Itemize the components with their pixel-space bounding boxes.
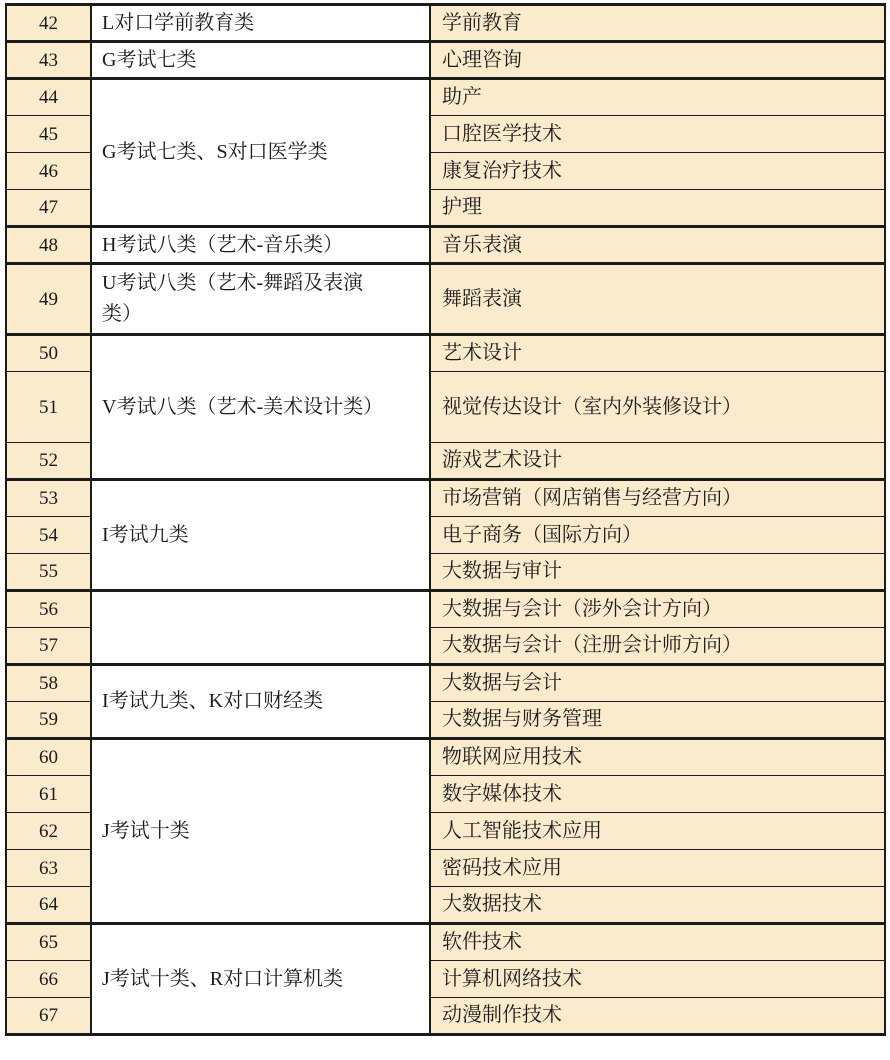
major-cell: 人工智能技术应用 <box>430 813 885 850</box>
category-cell: G考试七类 <box>91 42 430 79</box>
major-cell: 大数据与会计（注册会计师方向） <box>430 628 885 665</box>
category-cell <box>91 591 430 665</box>
major-cell: 艺术设计 <box>430 335 885 372</box>
major-cell: 音乐表演 <box>430 227 885 264</box>
table-row: 58 I考试九类、K对口财经类 大数据与会计 <box>6 665 885 702</box>
row-number-cell: 61 <box>6 776 91 813</box>
page: 42 L对口学前教育类 学前教育 43 G考试七类 心理咨询 44 G考试七类、… <box>0 0 890 1060</box>
row-number-cell: 67 <box>6 998 91 1035</box>
row-number-cell: 58 <box>6 665 91 702</box>
major-cell: 学前教育 <box>430 5 885 42</box>
row-number-cell: 52 <box>6 443 91 480</box>
row-number-cell: 53 <box>6 480 91 517</box>
major-cell: 助产 <box>430 79 885 116</box>
major-cell: 大数据与会计（涉外会计方向） <box>430 591 885 628</box>
category-cell: U考试八类（艺术-舞蹈及表演类） <box>91 264 430 335</box>
table-row: 44 G考试七类、S对口医学类 助产 <box>6 79 885 116</box>
major-cell: 大数据与财务管理 <box>430 702 885 739</box>
category-cell: I考试九类、K对口财经类 <box>91 665 430 739</box>
category-cell: J考试十类 <box>91 739 430 924</box>
major-cell: 舞蹈表演 <box>430 264 885 335</box>
row-number-cell: 49 <box>6 264 91 335</box>
table-row: 56 大数据与会计（涉外会计方向） <box>6 591 885 628</box>
row-number-cell: 63 <box>6 850 91 887</box>
row-number-cell: 51 <box>6 372 91 443</box>
major-cell: 康复治疗技术 <box>430 153 885 190</box>
exam-majors-table: 42 L对口学前教育类 学前教育 43 G考试七类 心理咨询 44 G考试七类、… <box>5 3 886 1036</box>
table-row: 49 U考试八类（艺术-舞蹈及表演类） 舞蹈表演 <box>6 264 885 335</box>
major-cell: 游戏艺术设计 <box>430 443 885 480</box>
row-number-cell: 46 <box>6 153 91 190</box>
major-cell: 物联网应用技术 <box>430 739 885 776</box>
major-cell: 市场营销（网店销售与经营方向） <box>430 480 885 517</box>
row-number-cell: 54 <box>6 517 91 554</box>
major-cell: 心理咨询 <box>430 42 885 79</box>
major-cell: 动漫制作技术 <box>430 998 885 1035</box>
row-number-cell: 55 <box>6 554 91 591</box>
major-cell: 软件技术 <box>430 924 885 961</box>
category-cell: J考试十类、R对口计算机类 <box>91 924 430 1035</box>
row-number-cell: 59 <box>6 702 91 739</box>
major-cell: 数字媒体技术 <box>430 776 885 813</box>
row-number-cell: 64 <box>6 887 91 924</box>
row-number-cell: 56 <box>6 591 91 628</box>
table-row: 53 I考试九类 市场营销（网店销售与经营方向） <box>6 480 885 517</box>
row-number-cell: 50 <box>6 335 91 372</box>
row-number-cell: 62 <box>6 813 91 850</box>
table-row: 42 L对口学前教育类 学前教育 <box>6 5 885 42</box>
table-row: 43 G考试七类 心理咨询 <box>6 42 885 79</box>
row-number-cell: 44 <box>6 79 91 116</box>
row-number-cell: 45 <box>6 116 91 153</box>
table-row: 48 H考试八类（艺术-音乐类） 音乐表演 <box>6 227 885 264</box>
major-cell: 大数据与审计 <box>430 554 885 591</box>
major-cell: 口腔医学技术 <box>430 116 885 153</box>
category-cell: I考试九类 <box>91 480 430 591</box>
category-cell: V考试八类（艺术-美术设计类） <box>91 335 430 480</box>
major-cell: 大数据与会计 <box>430 665 885 702</box>
row-number-cell: 65 <box>6 924 91 961</box>
row-number-cell: 43 <box>6 42 91 79</box>
major-cell: 大数据技术 <box>430 887 885 924</box>
row-number-cell: 60 <box>6 739 91 776</box>
major-cell: 密码技术应用 <box>430 850 885 887</box>
row-number-cell: 42 <box>6 5 91 42</box>
category-cell: H考试八类（艺术-音乐类） <box>91 227 430 264</box>
major-cell: 计算机网络技术 <box>430 961 885 998</box>
table-row: 60 J考试十类 物联网应用技术 <box>6 739 885 776</box>
major-cell: 护理 <box>430 190 885 227</box>
row-number-cell: 66 <box>6 961 91 998</box>
row-number-cell: 48 <box>6 227 91 264</box>
category-cell: G考试七类、S对口医学类 <box>91 79 430 227</box>
row-number-cell: 57 <box>6 628 91 665</box>
table-row: 65 J考试十类、R对口计算机类 软件技术 <box>6 924 885 961</box>
major-cell: 电子商务（国际方向） <box>430 517 885 554</box>
table-row: 50 V考试八类（艺术-美术设计类） 艺术设计 <box>6 335 885 372</box>
category-cell: L对口学前教育类 <box>91 5 430 42</box>
major-cell: 视觉传达设计（室内外装修设计） <box>430 372 885 443</box>
row-number-cell: 47 <box>6 190 91 227</box>
